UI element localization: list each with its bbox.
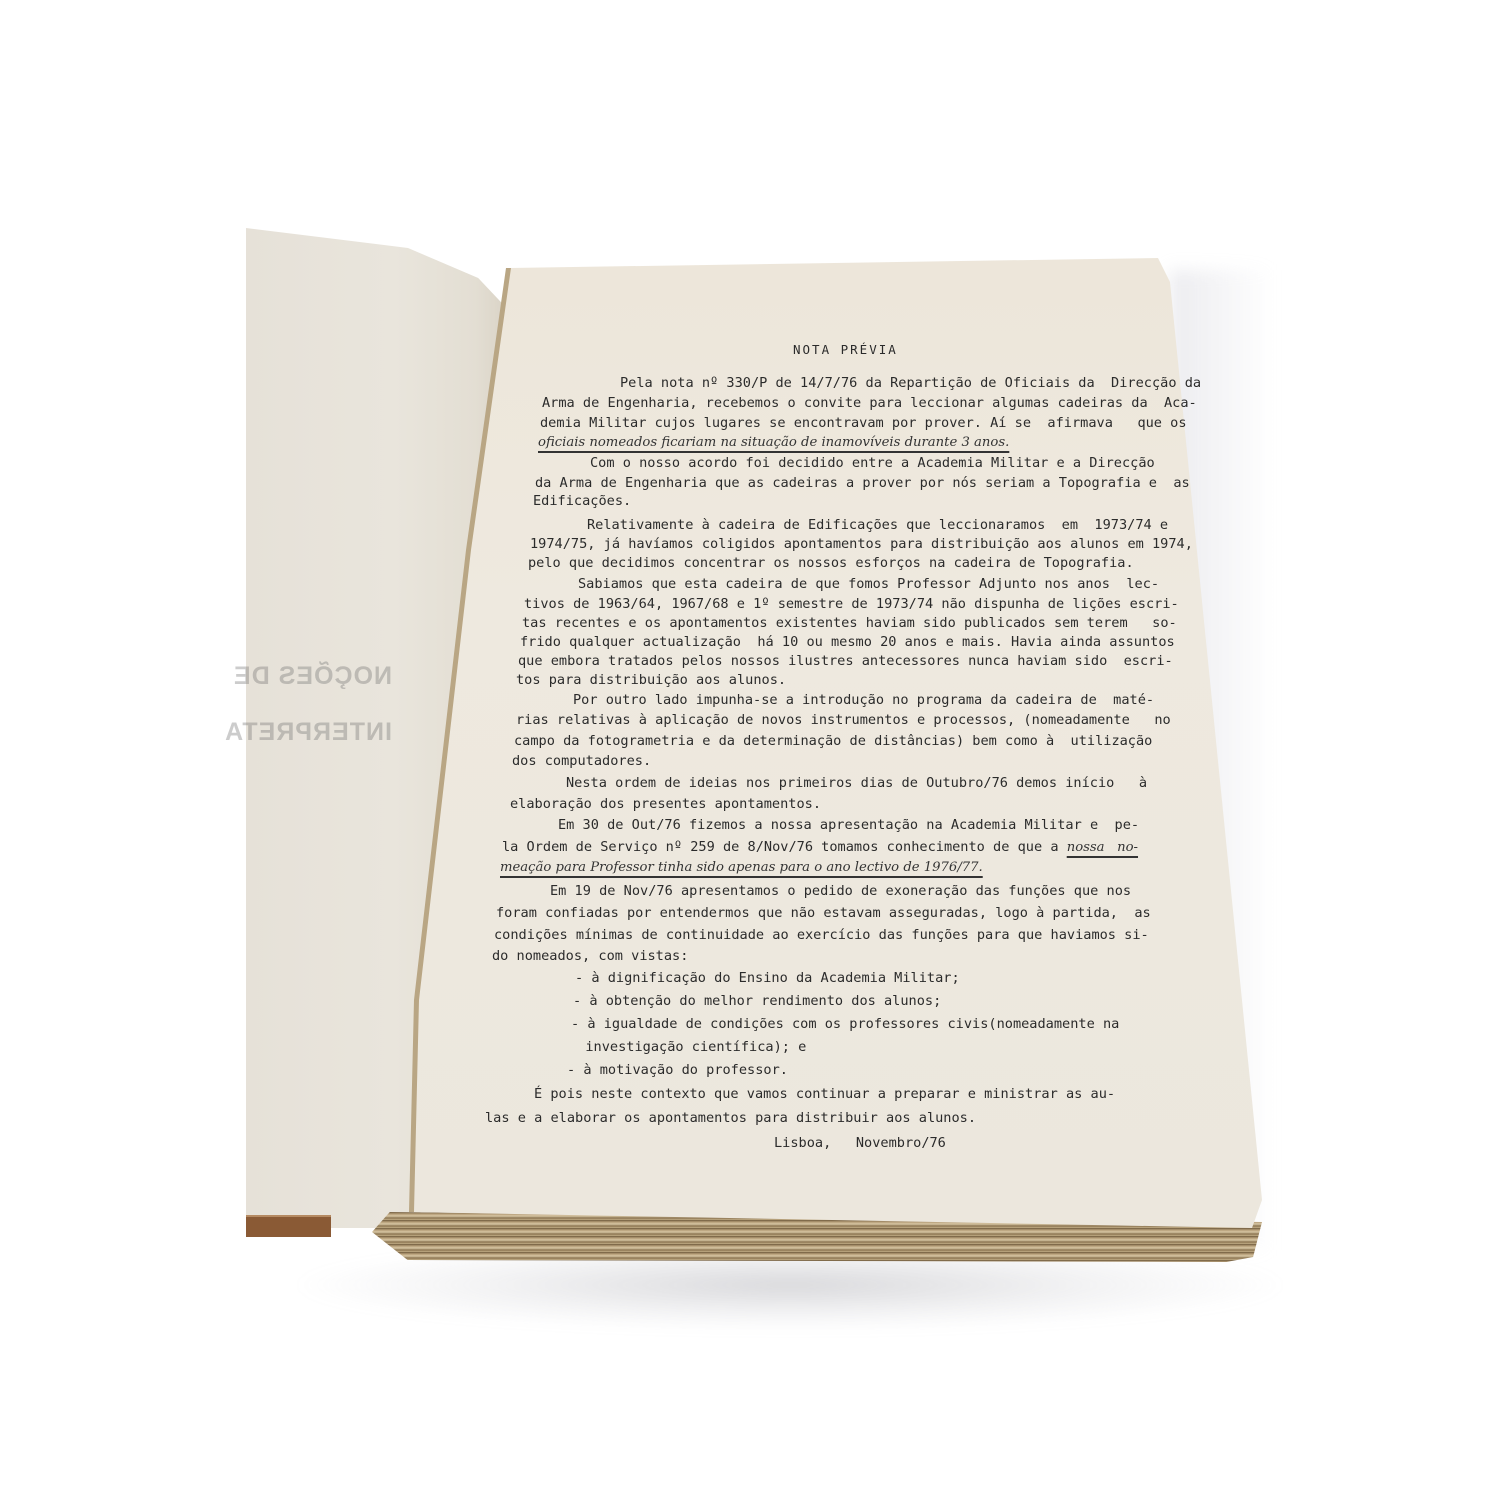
text-line: É pois neste contexto que vamos continua…	[534, 1084, 1115, 1104]
text-line: Relativamente à cadeira de Edificações q…	[587, 515, 1168, 535]
text-line: tas recentes e os apontamentos existente…	[522, 613, 1177, 633]
text-line: que embora tratados pelos nossos ilustre…	[518, 651, 1173, 671]
text-line: do nomeados, com vistas:	[492, 946, 688, 966]
text-line: elaboração dos presentes apontamentos.	[510, 794, 821, 814]
text-line: Por outro lado impunha-se a introdução n…	[573, 690, 1154, 710]
text-segment: la Ordem de Serviço nº 259 de 8/Nov/76 t…	[502, 839, 1067, 855]
text-line: tivos de 1963/64, 1967/68 e 1º semestre …	[524, 594, 1179, 614]
text-line: 1974/75, já havíamos coligidos apontamen…	[530, 534, 1193, 554]
emphasized-text: meação para Professor tinha sido apenas …	[500, 858, 983, 878]
bullet-item: - à dignificação do Ensino da Academia M…	[575, 968, 960, 988]
text-line: Com o nosso acordo foi decidido entre a …	[590, 453, 1155, 473]
text-line: las e a elaborar os apontamentos para di…	[485, 1108, 976, 1128]
text-line: demia Militar cujos lugares se encontrav…	[540, 413, 1187, 433]
emphasized-text: nossa no-	[1067, 840, 1138, 855]
text-line: la Ordem de Serviço nº 259 de 8/Nov/76 t…	[502, 837, 1138, 858]
text-line: tos para distribuição aos alunos.	[516, 670, 786, 690]
text-line: da Arma de Engenharia que as cadeiras a …	[535, 473, 1190, 493]
text-line: Nesta ordem de ideias nos primeiros dias…	[566, 773, 1147, 793]
text-line: pelo que decidimos concentrar os nossos …	[528, 553, 1134, 573]
bullet-item: - à motivação do professor.	[567, 1060, 788, 1080]
text-line: frido qualquer actualização há 10 ou mes…	[520, 632, 1175, 652]
text-line: rias relativas à aplicação de novos inst…	[516, 710, 1171, 730]
text-line: Edificações.	[533, 491, 631, 511]
text-line: dos computadores.	[512, 751, 651, 771]
bullet-item: investigação científica); e	[569, 1037, 806, 1057]
page-title: NOTA PRÉVIA	[793, 340, 898, 360]
text-line: foram confiadas por entendermos que não …	[496, 903, 1151, 923]
book-photo: NOÇÕES DE INTERPRETA NOTA PRÉVIA Pela no…	[0, 0, 1512, 1512]
text-line: Pela nota nº 330/P de 14/7/76 da Reparti…	[620, 373, 1201, 393]
page-text: NOTA PRÉVIA Pela nota nº 330/P de 14/7/7…	[0, 0, 1512, 1512]
text-line: Arma de Engenharia, recebemos o convite …	[542, 393, 1197, 413]
text-line: campo da fotogrametria e da determinação…	[514, 731, 1152, 751]
bullet-item: - à obtenção do melhor rendimento dos al…	[573, 991, 941, 1011]
signature-line: Lisboa, Novembro/76	[774, 1133, 946, 1153]
text-line: Sabiamos que esta cadeira de que fomos P…	[578, 574, 1159, 594]
text-line: condições mínimas de continuidade ao exe…	[494, 925, 1149, 945]
bullet-item: - à igualdade de condições com os profes…	[571, 1014, 1119, 1034]
emphasized-text: oficiais nomeados ficariam na situação d…	[538, 433, 1009, 453]
text-line: Em 30 de Out/76 fizemos a nossa apresent…	[558, 815, 1139, 835]
text-line: Em 19 de Nov/76 apresentamos o pedido de…	[550, 881, 1131, 901]
